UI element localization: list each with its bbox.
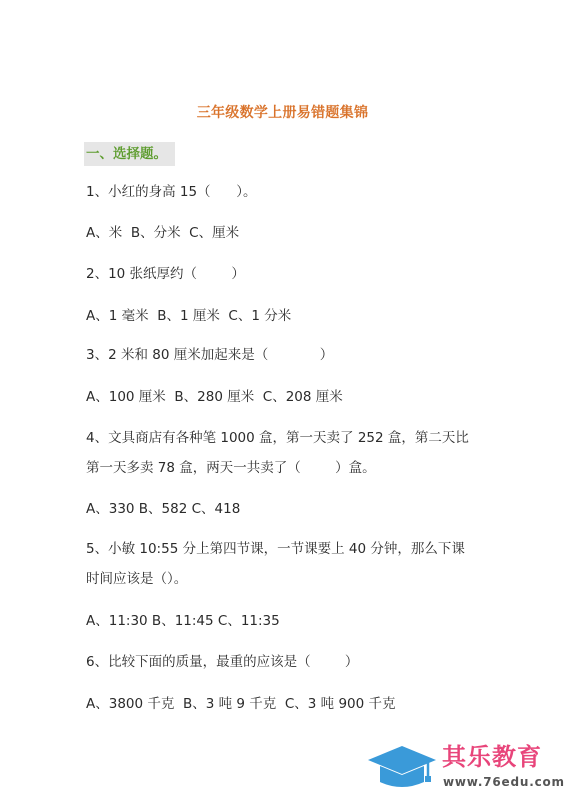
question-2-text: 2、10 张纸厚约（ ） [86,264,245,284]
question-5-options: A、11:30 B、11:45 C、11:35 [86,611,280,631]
document-page: 三年级数学上册易错题集锦 一、选择题。 1、小红的身高 15（ ）。 A、米 B… [0,0,565,800]
watermark-logo: 其乐教育 www.76edu.com [366,742,561,794]
question-5-text-line-2: 时间应该是（）。 [86,569,187,589]
graduation-cap-icon [366,744,438,790]
question-6-text: 6、比较下面的质量，最重的应该是（ ） [86,652,358,672]
watermark-url: www.76edu.com [443,774,565,790]
document-title: 三年级数学上册易错题集锦 [0,102,565,122]
question-6-options: A、3800 千克 B、3 吨 9 千克 C、3 吨 900 千克 [86,694,396,714]
question-5-text-line-1: 5、小敏 10:55 分上第四节课，一节课要上 40 分钟，那么下课 [86,539,465,559]
question-1-text: 1、小红的身高 15（ ）。 [86,182,257,202]
question-2-options: A、1 毫米 B、1 厘米 C、1 分米 [86,306,291,326]
section-heading-multiple-choice: 一、选择题。 [84,142,175,166]
question-4-options: A、330 B、582 C、418 [86,499,240,519]
question-4-text-line-1: 4、文具商店有各种笔 1000 盒，第一天卖了 252 盒，第二天比 [86,428,469,448]
question-4-text-line-2: 第一天多卖 78 盒，两天一共卖了（ ）盒。 [86,458,376,478]
question-1-options: A、米 B、分米 C、厘米 [86,223,239,243]
question-3-text: 3、2 米和 80 厘米加起来是（ ） [86,345,333,365]
question-3-options: A、100 厘米 B、280 厘米 C、208 厘米 [86,387,343,407]
watermark-brand-name: 其乐教育 [442,742,542,772]
